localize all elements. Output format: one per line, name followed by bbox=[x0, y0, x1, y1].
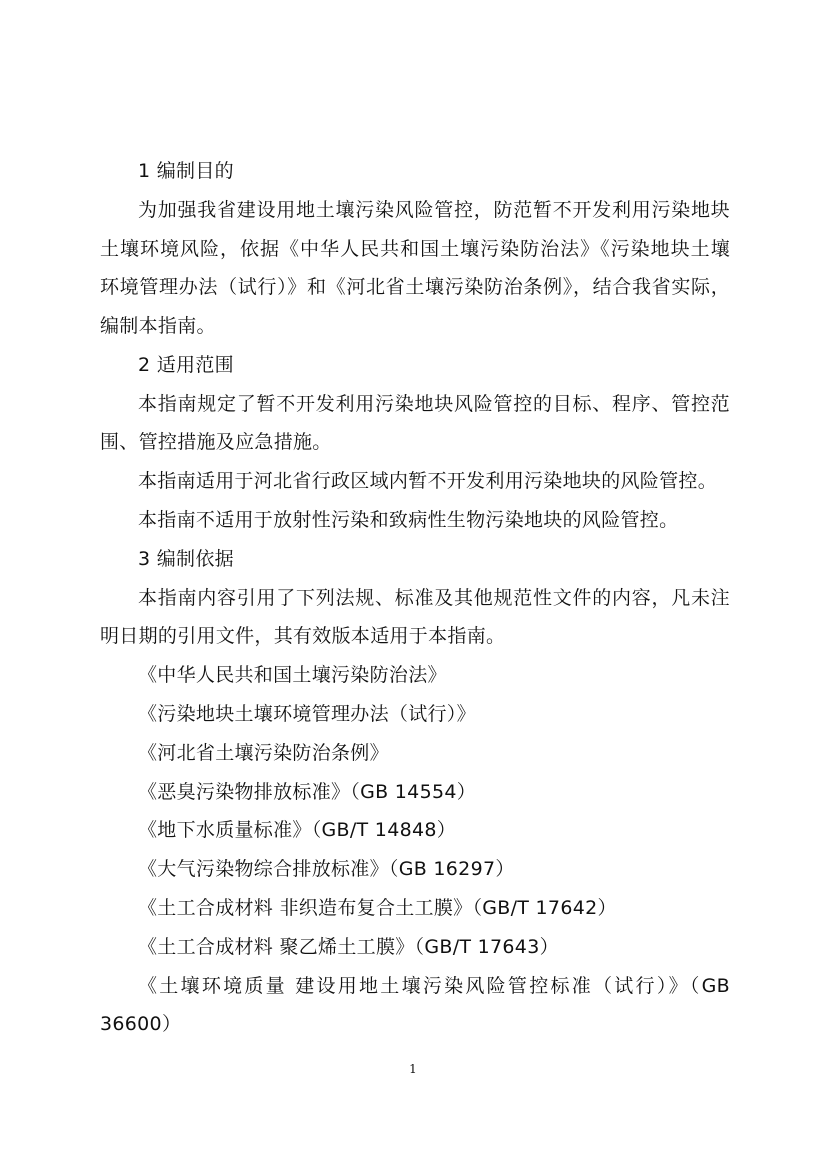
reference-item: 《恶臭污染物排放标准》（GB 14554） bbox=[138, 781, 768, 803]
paragraph-line: 围、管控措施及应急措施。 bbox=[100, 431, 730, 453]
reference-item: 《土工合成材料 聚乙烯土工膜》（GB/T 17643） bbox=[138, 936, 768, 958]
paragraph-line: 明日期的引用文件，其有效版本适用于本指南。 bbox=[100, 625, 730, 647]
paragraph-line: 本指南规定了暂不开发利用污染地块风险管控的目标、程序、管控范 bbox=[138, 393, 730, 415]
section-heading-2: 2 适用范围 bbox=[138, 354, 768, 376]
reference-item-continued: 36600） bbox=[100, 1013, 730, 1035]
section-heading-1: 1 编制目的 bbox=[138, 160, 768, 182]
paragraph-line: 本指南不适用于放射性污染和致病性生物污染地块的风险管控。 bbox=[138, 509, 768, 531]
reference-item: 《河北省土壤污染防治条例》 bbox=[138, 742, 768, 764]
paragraph-line: 本指南内容引用了下列法规、标准及其他规范性文件的内容，凡未注 bbox=[138, 587, 730, 609]
reference-item: 《大气污染物综合排放标准》（GB 16297） bbox=[138, 858, 768, 880]
reference-item: 《地下水质量标准》（GB/T 14848） bbox=[138, 819, 768, 841]
paragraph-line: 编制本指南。 bbox=[100, 315, 730, 337]
paragraph-line: 为加强我省建设用地土壤污染风险管控，防范暂不开发利用污染地块 bbox=[138, 199, 730, 221]
reference-item: 《中华人民共和国土壤污染防治法》 bbox=[138, 664, 768, 686]
section-heading-3: 3 编制依据 bbox=[138, 548, 768, 570]
document-page: 1 编制目的 为加强我省建设用地土壤污染风险管控，防范暂不开发利用污染地块 土壤… bbox=[0, 0, 826, 1169]
paragraph-line: 本指南适用于河北省行政区域内暂不开发利用污染地块的风险管控。 bbox=[138, 470, 768, 492]
reference-item: 《土壤环境质量 建设用地土壤污染风险管控标准（试行）》（GB bbox=[138, 975, 730, 997]
reference-item: 《土工合成材料 非织造布复合土工膜》（GB/T 17642） bbox=[138, 897, 768, 919]
paragraph-line: 土壤环境风险，依据《中华人民共和国土壤污染防治法》《污染地块土壤 bbox=[100, 238, 730, 260]
paragraph-line: 环境管理办法（试行）》和《河北省土壤污染防治条例》，结合我省实际， bbox=[100, 276, 730, 298]
page-number: 1 bbox=[0, 1062, 826, 1076]
reference-item: 《污染地块土壤环境管理办法（试行）》 bbox=[138, 703, 768, 725]
